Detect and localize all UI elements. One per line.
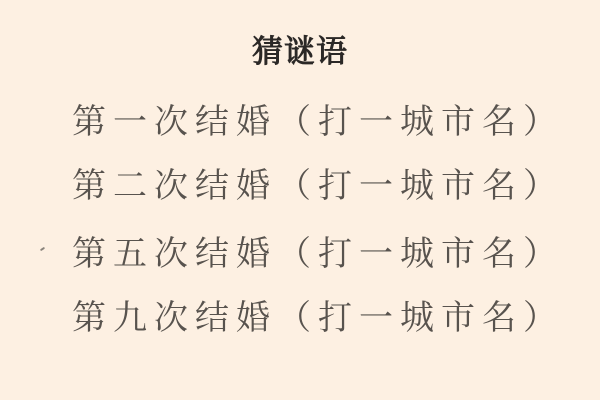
riddle-line-3: 第五次结婚（打一城市名）	[72, 232, 564, 276]
page-title: 猜谜语	[0, 32, 600, 72]
stray-mark	[40, 247, 45, 252]
riddle-line-2: 第二次结婚（打一城市名）	[72, 164, 564, 208]
riddle-line-4: 第九次结婚（打一城市名）	[72, 296, 564, 340]
riddle-line-1: 第一次结婚（打一城市名）	[72, 100, 564, 144]
